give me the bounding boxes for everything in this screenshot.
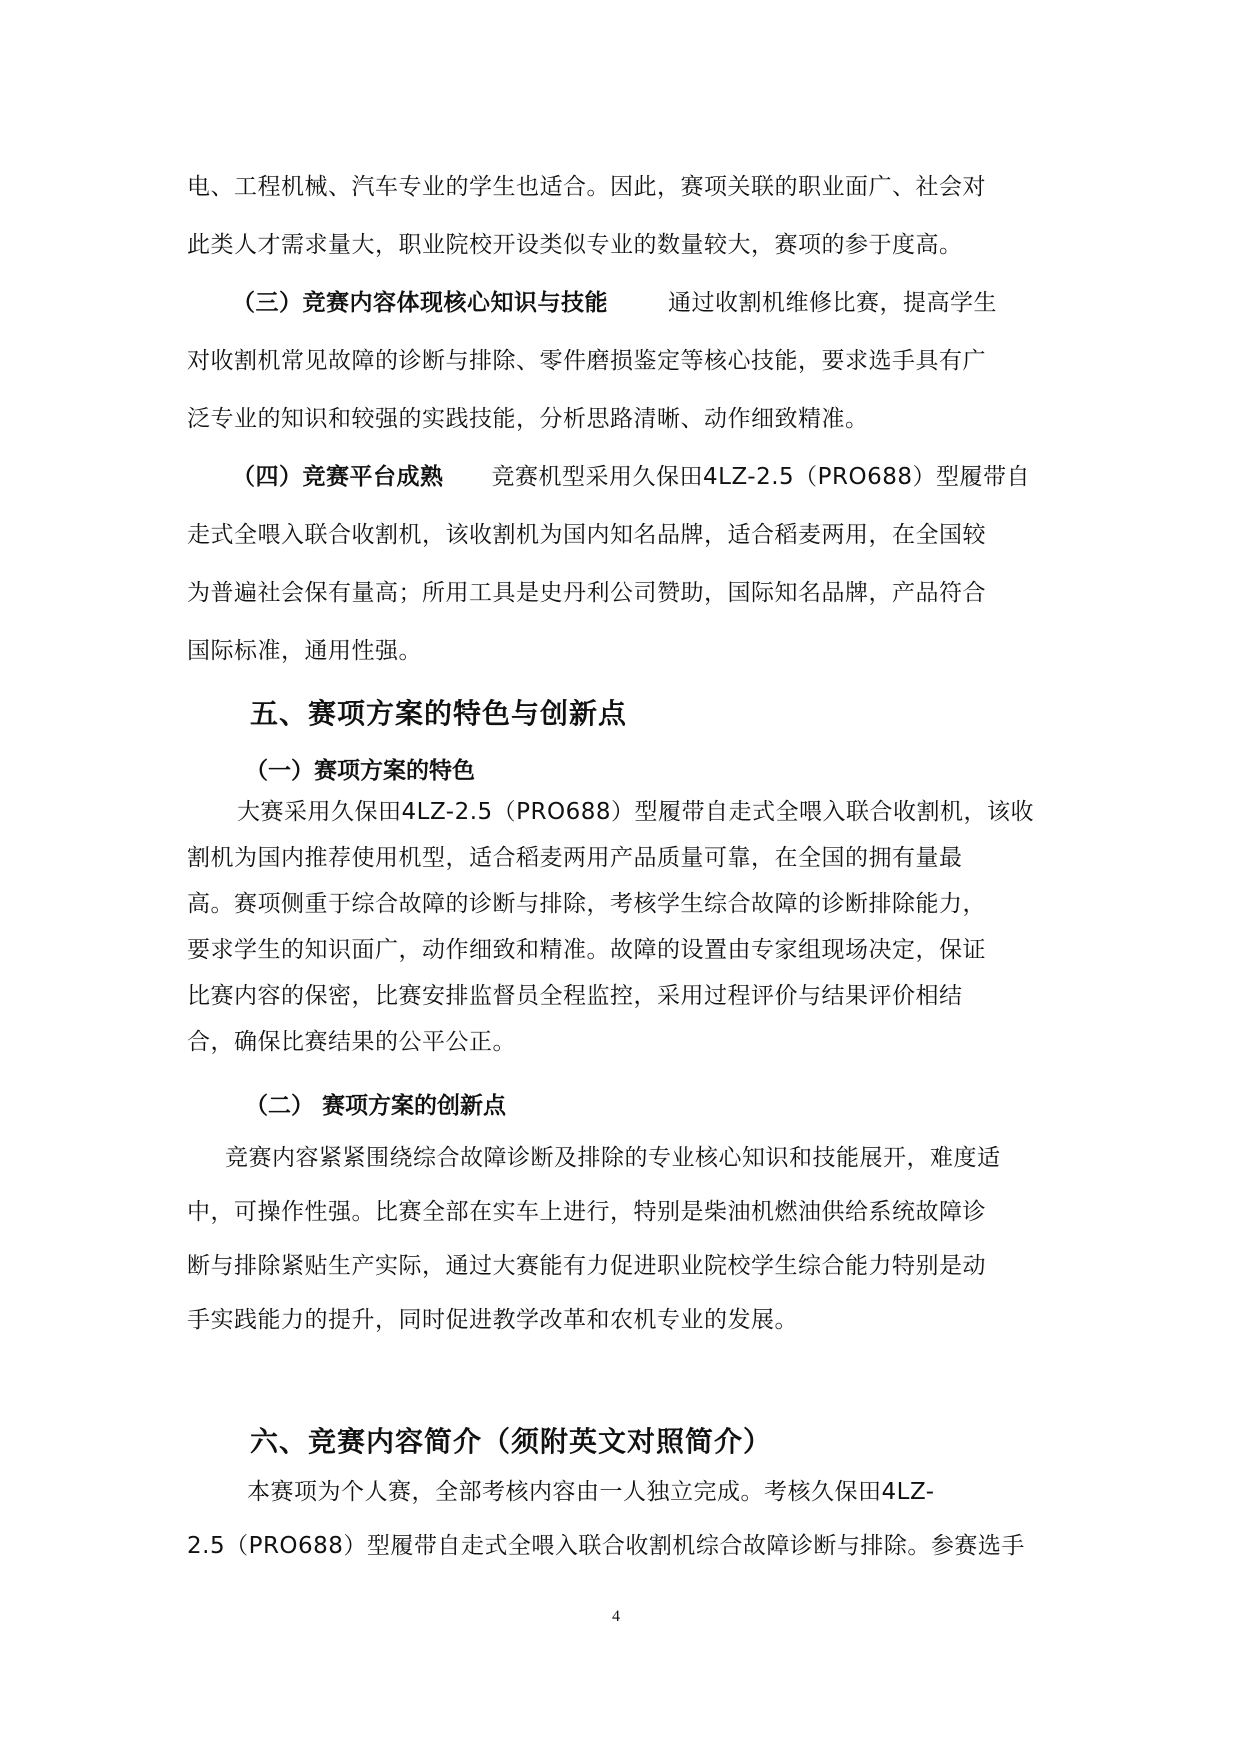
paragraph-line: 断与排除紧贴生产实际，通过大赛能有力促进职业院校学生综合能力特别是动	[187, 1251, 986, 1281]
section4-paragraph: （四）竞赛平台成熟竞赛机型采用久保田4LZ-2.5（PRO688）型履带自	[232, 462, 1030, 492]
paragraph-line: 此类人才需求量大，职业院校开设类似专业的数量较大，赛项的参于度高。	[187, 230, 963, 260]
paragraph-line: 对收割机常见故障的诊断与排除、零件磨损鉴定等核心技能，要求选手具有广	[187, 346, 986, 376]
section4-text: 竞赛机型采用久保田4LZ-2.5（PRO688）型履带自	[492, 464, 1031, 490]
paragraph-line: 国际标准，通用性强。	[187, 636, 422, 666]
paragraph-line: 电、工程机械、汽车专业的学生也适合。因此，赛项关联的职业面广、社会对	[187, 172, 986, 202]
section4-heading: （四）竞赛平台成熟	[232, 464, 444, 490]
chapter-5-title: 五、赛项方案的特色与创新点	[250, 692, 627, 732]
paragraph-line: 2.5（PRO688）型履带自走式全喂入联合收割机综合故障诊断与排除。参赛选手	[187, 1531, 1025, 1561]
paragraph-line: 比赛内容的保密，比赛安排监督员全程监控，采用过程评价与结果评价相结	[187, 981, 963, 1011]
section3-heading: （三）竞赛内容体现核心知识与技能	[232, 290, 608, 316]
paragraph-line: 合，确保比赛结果的公平公正。	[187, 1027, 516, 1057]
paragraph-line: 割机为国内推荐使用机型，适合稻麦两用产品质量可靠，在全国的拥有量最	[187, 843, 963, 873]
paragraph-line: 高。赛项侧重于综合故障的诊断与排除，考核学生综合故障的诊断排除能力，	[187, 889, 986, 919]
chapter-6-title: 六、竞赛内容简介（须附英文对照简介）	[250, 1420, 772, 1460]
paragraph-line: 为普遍社会保有量高；所用工具是史丹利公司赞助，国际知名品牌，产品符合	[187, 578, 986, 608]
document-page: 电、工程机械、汽车专业的学生也适合。因此，赛项关联的职业面广、社会对 此类人才需…	[0, 0, 1241, 1754]
paragraph-line: 泛专业的知识和较强的实践技能，分析思路清晰、动作细致精准。	[187, 404, 869, 434]
paragraph-line: 本赛项为个人赛，全部考核内容由一人独立完成。考核久保田4LZ-	[247, 1477, 935, 1507]
paragraph-line: 要求学生的知识面广，动作细致和精准。故障的设置由专家组现场决定，保证	[187, 935, 986, 965]
paragraph-line: 大赛采用久保田4LZ-2.5（PRO688）型履带自走式全喂入联合收割机，该收	[237, 797, 1034, 827]
chapter-5-sub2-heading: （二） 赛项方案的创新点	[245, 1087, 506, 1120]
page-number: 4	[612, 1608, 620, 1626]
paragraph-line: 手实践能力的提升，同时促进教学改革和农机专业的发展。	[187, 1305, 798, 1335]
section3-paragraph: （三）竞赛内容体现核心知识与技能通过收割机维修比赛，提高学生	[232, 288, 997, 318]
paragraph-line: 走式全喂入联合收割机，该收割机为国内知名品牌，适合稻麦两用，在全国较	[187, 520, 986, 550]
section3-text: 通过收割机维修比赛，提高学生	[668, 290, 997, 316]
paragraph-line: 中，可操作性强。比赛全部在实车上进行，特别是柴油机燃油供给系统故障诊	[187, 1197, 986, 1227]
chapter-5-sub1-heading: （一）赛项方案的特色	[245, 752, 475, 785]
paragraph-line: 竞赛内容紧紧围绕综合故障诊断及排除的专业核心知识和技能展开，难度适	[225, 1143, 1001, 1173]
